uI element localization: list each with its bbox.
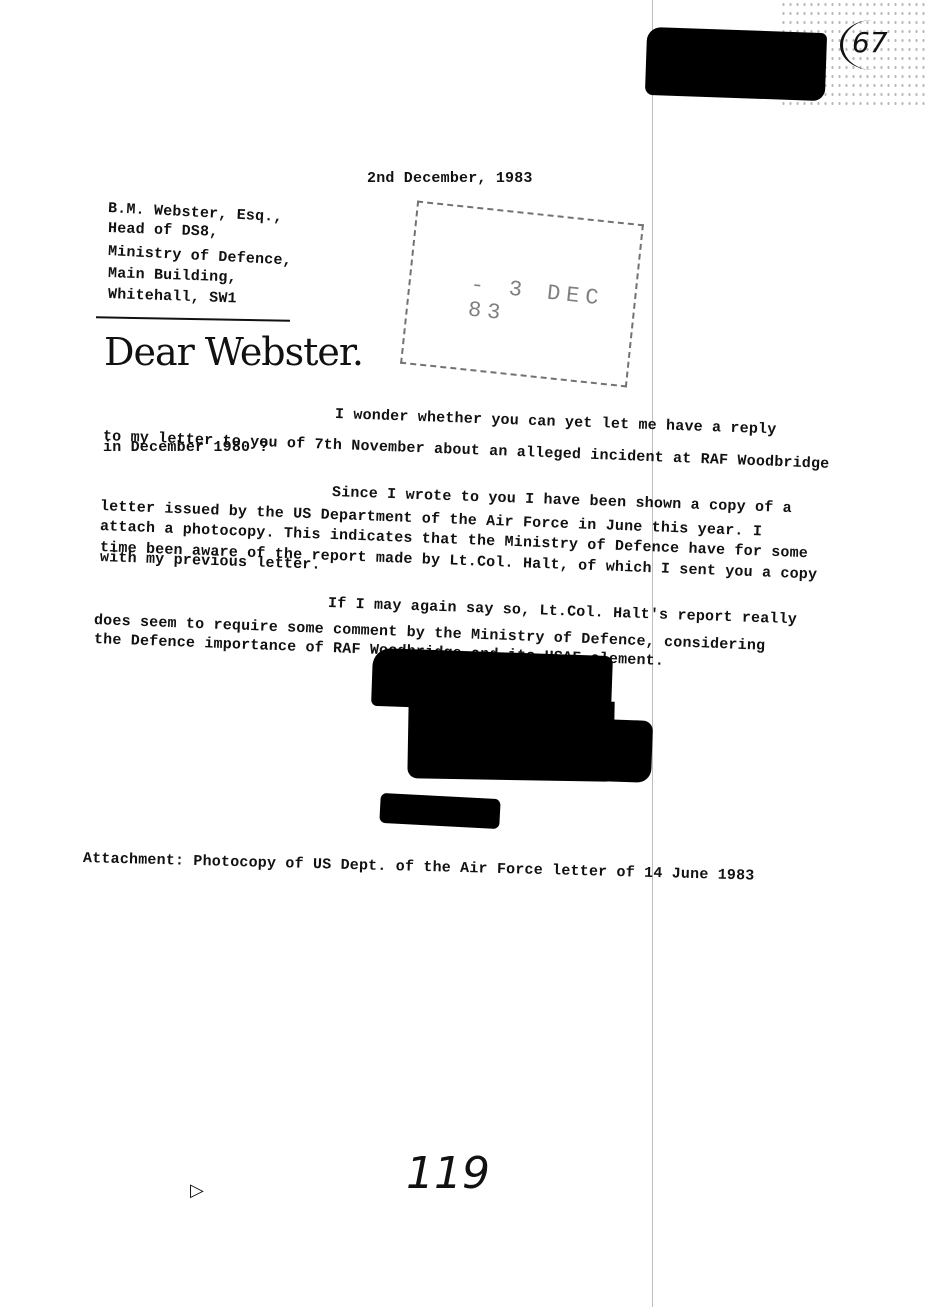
signature-redaction bbox=[407, 698, 614, 782]
salutation: Dear Webster. bbox=[104, 330, 363, 374]
body-line: in December 1980 ? bbox=[103, 439, 269, 456]
scan-mark: ▷ bbox=[190, 1180, 204, 1201]
page-number: 119 bbox=[406, 1148, 490, 1199]
name-redaction bbox=[379, 793, 500, 829]
signature-redaction bbox=[599, 719, 653, 783]
address-line: Main Building, bbox=[108, 265, 237, 286]
letter-date: 2nd December, 1983 bbox=[367, 170, 533, 187]
address-line: Whitehall, SW1 bbox=[108, 286, 237, 307]
header-redaction bbox=[645, 27, 827, 101]
folio-number: 67 bbox=[852, 26, 888, 59]
stamp-date: - 3 DEC 83 bbox=[467, 273, 635, 340]
attachment-note: Attachment: Photocopy of US Dept. of the… bbox=[83, 850, 755, 885]
address-line: Head of DS8, bbox=[108, 220, 219, 241]
received-stamp: - 3 DEC 83 bbox=[400, 201, 644, 388]
salutation-rule bbox=[96, 316, 290, 321]
body-line: I wonder whether you can yet let me have… bbox=[335, 406, 777, 438]
